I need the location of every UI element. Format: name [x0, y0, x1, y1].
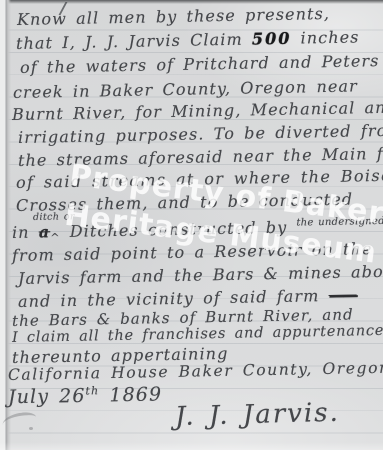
caret-mark: ^ — [50, 231, 61, 244]
text-line-5: Burnt River, for Mining, Mechanical and — [12, 98, 383, 124]
text-line-4: creek in Baker County, Oregon near — [13, 76, 358, 102]
document-scan: Know all men by these presents, that I, … — [0, 0, 383, 450]
text-line-7: the streams aforesaid near the Main fork… — [18, 143, 383, 170]
date-line: July 26th 1869 — [8, 383, 163, 408]
line10-pre: in — [12, 222, 39, 242]
ink-dot — [29, 427, 33, 430]
claim-amount: 500 — [252, 29, 292, 49]
date-ordinal-suffix: th — [85, 384, 99, 397]
page-bottom-edge — [0, 442, 383, 450]
claim-post: inches — [291, 27, 360, 47]
text-line-12: Jarvis farm and the Bars & mines above — [18, 262, 383, 288]
date-day: July 26 — [8, 385, 86, 408]
signature: J. J. Jarvis. — [175, 398, 341, 432]
line10-post: Ditches constructed by — [60, 218, 296, 242]
text-line-2: that I, J. J. Jarvis Claim 500 inches — [16, 27, 360, 53]
text-line-6: irrigating purposes. To be diverted from — [18, 121, 383, 147]
claim-pre: that I, J. J. Jarvis Claim — [16, 29, 252, 53]
struck-word: a — [39, 222, 51, 241]
text-line-3: of the waters of Pritchard and Peters — [20, 51, 380, 77]
scribble-mark: —— — [328, 285, 356, 305]
interline-undersigned: the undersigned — [296, 216, 383, 229]
date-year: 1869 — [99, 383, 162, 406]
